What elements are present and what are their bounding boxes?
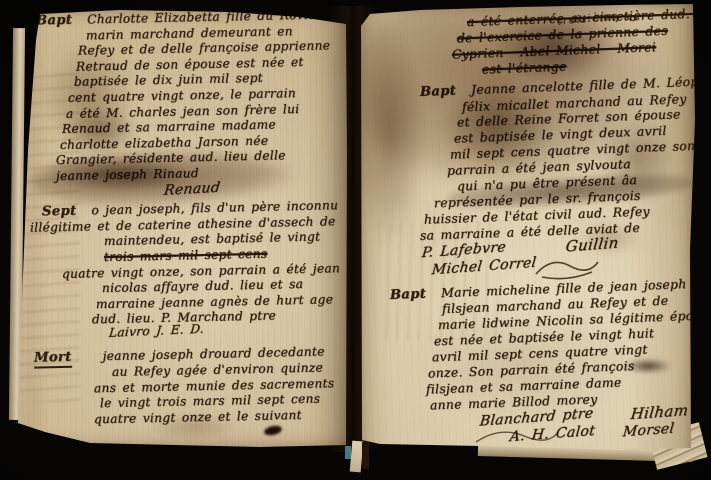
- left-page-text: BaptCharlotte Elizabetta fille du Rovich…: [14, 14, 350, 429]
- binding-cord: [362, 442, 369, 469]
- signature: Guillin: [565, 235, 619, 255]
- manuscript-scan: BaptCharlotte Elizabetta fille du Rovich…: [0, 0, 711, 480]
- bookmark-ribbon: [345, 446, 351, 459]
- margin-label-bapt: Bapt: [420, 83, 457, 99]
- signature: Renaud: [163, 180, 221, 199]
- signature: Hilham: [630, 403, 689, 423]
- signature: Morsel: [622, 421, 675, 441]
- right-page: troisième a été enterrée au cimetière du…: [352, 2, 698, 468]
- margin-label-bapt: Bapt: [36, 13, 73, 29]
- right-page-text: a été enterrée au cimetière dud. lieu 16…: [362, 18, 700, 450]
- signature: A. H. Calot: [509, 424, 596, 446]
- signature: Michel Correl: [431, 255, 537, 278]
- left-page: BaptCharlotte Elizabetta fille du Rovich…: [16, 6, 350, 450]
- margin-label-bapt: Bapt: [390, 286, 427, 302]
- margin-label-sept: Sept: [42, 204, 77, 220]
